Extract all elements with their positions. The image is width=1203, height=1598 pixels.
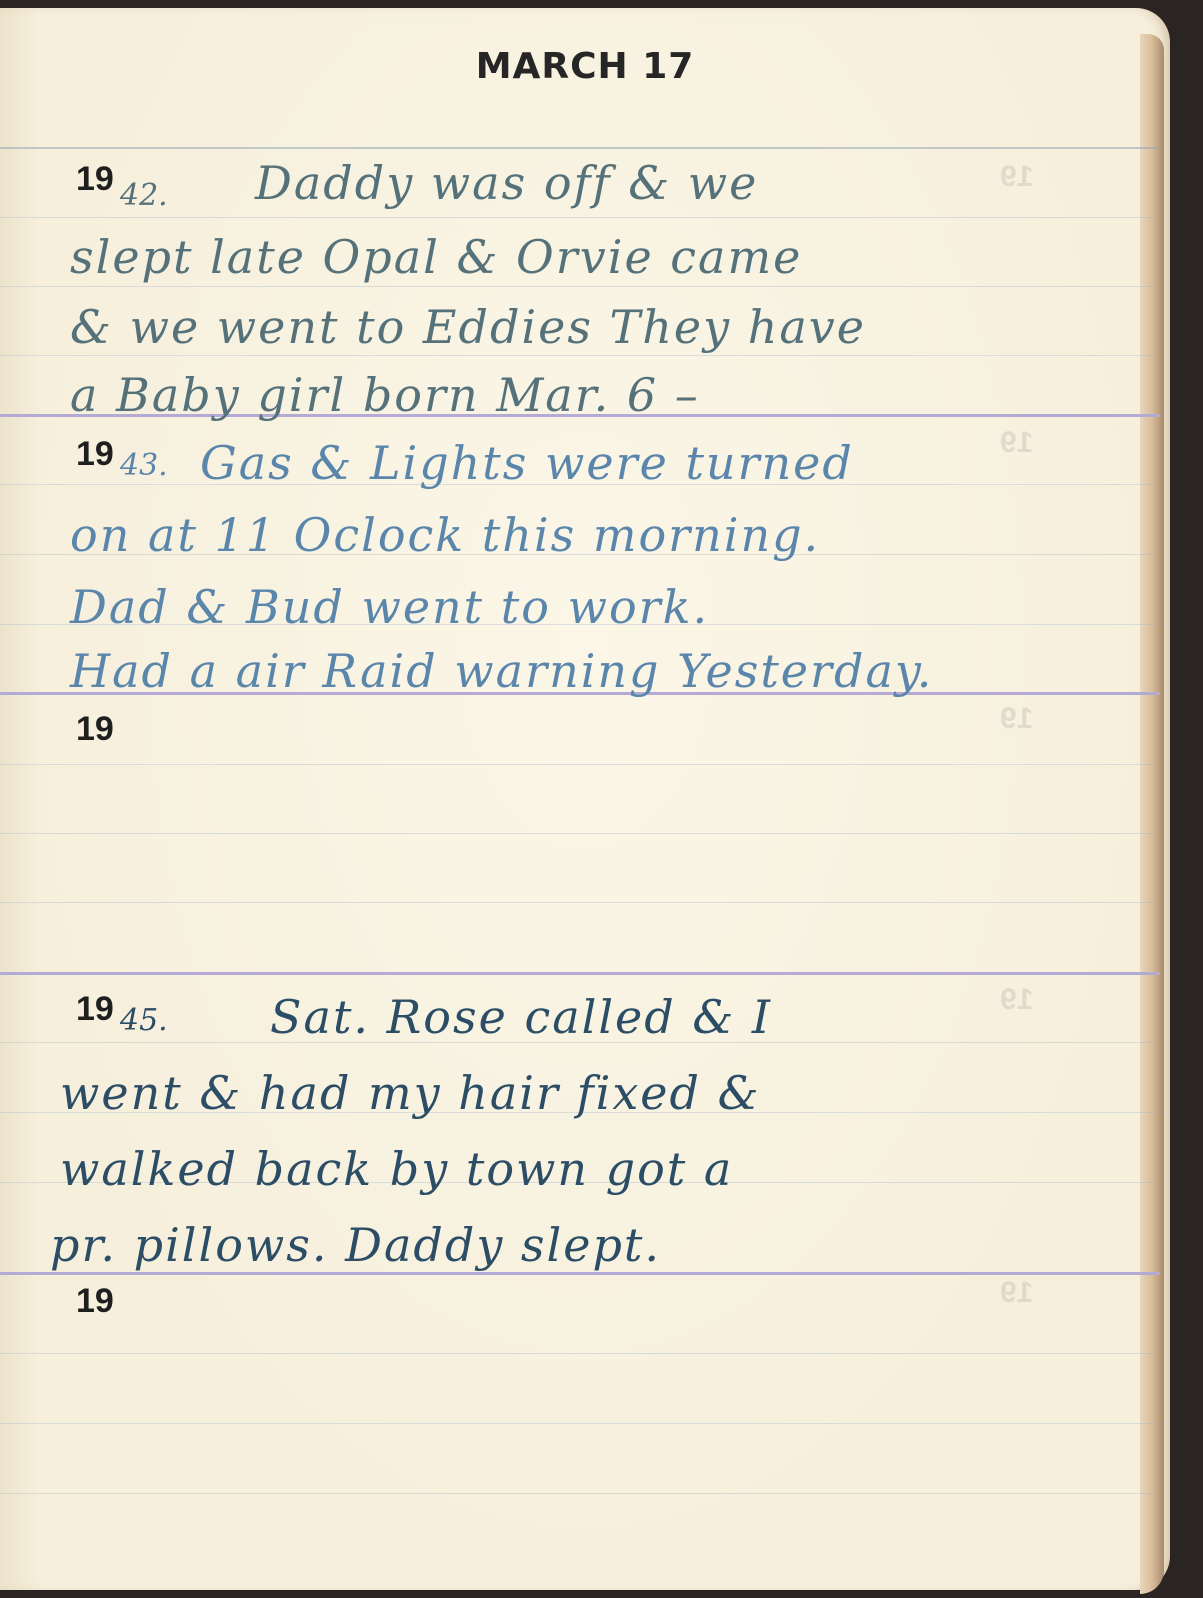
- handwritten-line: went & had my hair fixed &: [60, 1066, 761, 1120]
- ruled-line: [0, 902, 1160, 903]
- ruled-line: [0, 286, 1160, 287]
- year-prefix: 19: [76, 1282, 114, 1321]
- handwritten-line: Sat. Rose called & I: [270, 990, 772, 1044]
- bleed-through-year: 19: [1000, 1276, 1033, 1310]
- bleed-through-year: 19: [1000, 160, 1033, 194]
- bleed-through-year: 19: [1000, 426, 1033, 460]
- bleed-through-year: 19: [1000, 983, 1033, 1017]
- ruled-line: [0, 1353, 1160, 1354]
- diary-page: MARCH 17 19 19 19 19 19 19 42. Daddy was…: [0, 8, 1170, 1590]
- handwritten-line: slept late Opal & Orvie came: [70, 230, 802, 284]
- ruled-line: [0, 355, 1160, 356]
- handwritten-line: walked back by town got a: [60, 1142, 733, 1196]
- year-prefix: 19: [76, 710, 114, 749]
- year-suffix: 45.: [120, 1003, 168, 1038]
- handwritten-line: Dad & Bud went to work.: [70, 580, 709, 634]
- date-heading: MARCH 17: [0, 46, 1170, 87]
- year-suffix: 43.: [120, 448, 168, 483]
- header-rule: [0, 147, 1160, 149]
- ruled-line: [0, 217, 1160, 218]
- ruled-line: [0, 1493, 1160, 1494]
- handwritten-line: a Baby girl born Mar. 6 –: [70, 368, 700, 422]
- ruled-line: [0, 833, 1160, 834]
- year-prefix: 19: [76, 160, 114, 199]
- handwritten-line: & we went to Eddies They have: [70, 300, 866, 354]
- bleed-through-year: 19: [1000, 702, 1033, 736]
- handwritten-line: Gas & Lights were turned: [200, 436, 854, 490]
- ruled-line: [0, 1423, 1160, 1424]
- year-prefix: 19: [76, 990, 114, 1029]
- handwritten-line: on at 11 Oclock this morning.: [70, 508, 820, 562]
- section-divider: [0, 972, 1160, 975]
- handwritten-line: Daddy was off & we: [255, 156, 758, 210]
- ruled-line: [0, 764, 1160, 765]
- handwritten-line: Had a air Raid warning Yesterday.: [70, 644, 933, 698]
- year-suffix: 42.: [120, 178, 168, 213]
- handwritten-line: pr. pillows. Daddy slept.: [50, 1218, 661, 1272]
- page-edge: [1140, 34, 1164, 1594]
- section-divider: [0, 1272, 1160, 1275]
- year-prefix: 19: [76, 435, 114, 474]
